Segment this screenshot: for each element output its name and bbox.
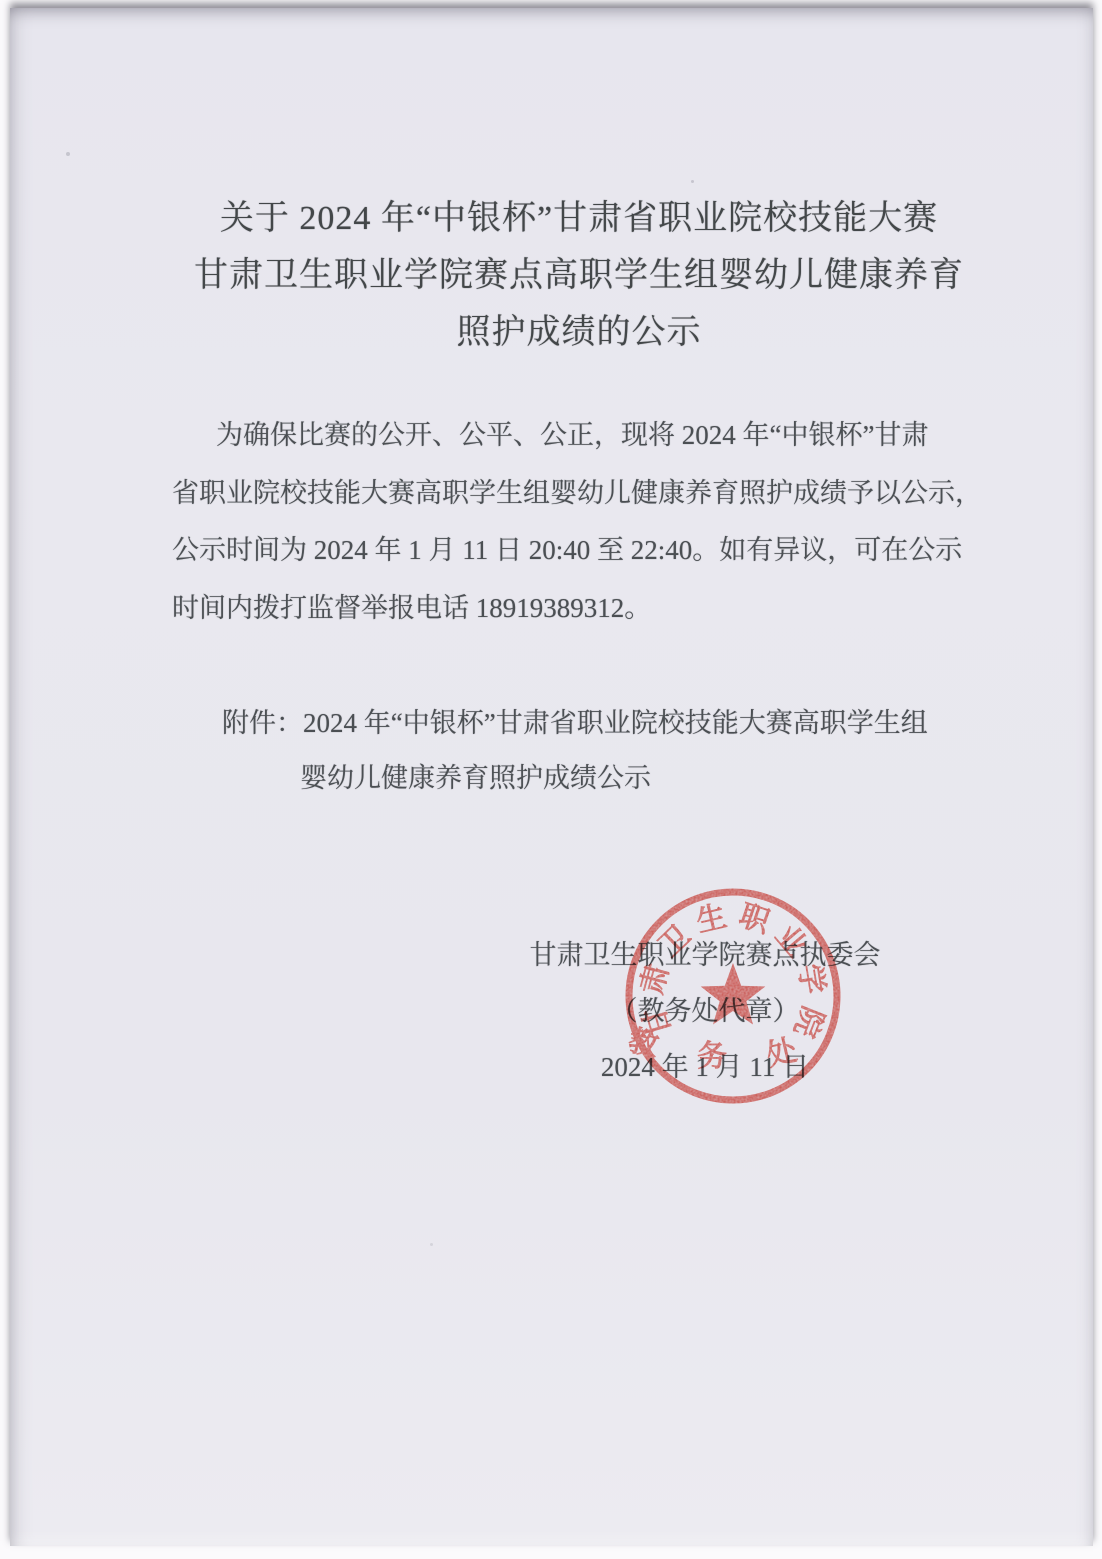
doc-title-line-2: 甘肃卫生职业学院赛点高职学生组婴幼儿健康养育 <box>189 247 969 304</box>
doc-title-line-3: 照护成绩的公示 <box>189 304 969 361</box>
body-line-4: 时间内拨打监督举报电话 18919389312。 <box>172 580 952 638</box>
paper-speck <box>66 152 70 156</box>
body-paragraph: 为确保比赛的公开、公平、公正，现将 2024 年“中银杯”甘肃 省职业院校技能大… <box>172 407 952 637</box>
doc-title-line-1: 关于 2024 年“中银杯”甘肃省职业院校技能大赛 <box>189 190 969 247</box>
body-line-2: 省职业院校技能大赛高职学生组婴幼儿健康养育照护成绩予以公示， <box>172 465 952 523</box>
attachment-note: 附件：2024 年“中银杯”甘肃省职业院校技能大赛高职学生组 婴幼儿健康养育照护… <box>172 696 952 806</box>
scanned-notice-page: 关于 2024 年“中银杯”甘肃省职业院校技能大赛 甘肃卫生职业学院赛点高职学生… <box>0 0 1102 1559</box>
seal-star-icon <box>701 963 766 1025</box>
attachment-line-1: 附件：2024 年“中银杯”甘肃省职业院校技能大赛高职学生组 <box>222 696 952 751</box>
paper-speck <box>691 180 694 183</box>
doc-title: 关于 2024 年“中银杯”甘肃省职业院校技能大赛 甘肃卫生职业学院赛点高职学生… <box>189 190 969 361</box>
body-line-1: 为确保比赛的公开、公平、公正，现将 2024 年“中银杯”甘肃 <box>216 407 952 465</box>
paper-speck <box>430 1243 433 1246</box>
official-seal: 甘肃卫生职业学院 教务处 <box>622 885 844 1107</box>
attachment-line-2: 婴幼儿健康养育照护成绩公示 <box>300 751 952 806</box>
body-line-3: 公示时间为 2024 年 1 月 11 日 20:40 至 22:40。如有异议… <box>172 522 952 580</box>
